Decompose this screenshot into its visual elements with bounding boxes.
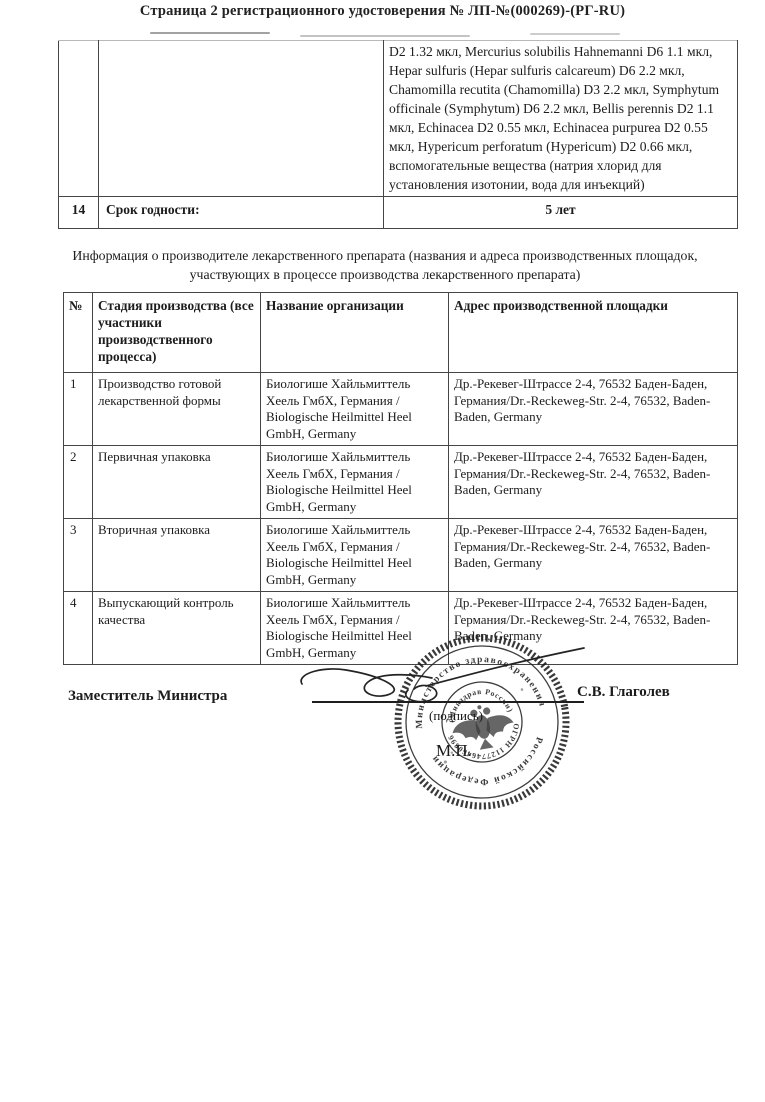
col-header-address: Адрес производственной площадки: [449, 293, 738, 373]
col-header-org: Название организации: [261, 293, 449, 373]
stage-cell: Первичная упаковка: [93, 446, 261, 519]
row-number: 2: [64, 446, 93, 519]
signature-caption: (подпись): [429, 708, 483, 724]
signature-stroke: [301, 669, 432, 696]
row-number: 1: [64, 373, 93, 446]
scan-artifact: [300, 35, 470, 37]
manufacturer-info-paragraph: Информация о производителе лекарственног…: [40, 247, 730, 284]
org-cell: Биологише Хайльмиттель Хеель ГмбХ, Герма…: [261, 519, 449, 592]
signer-position-title: Заместитель Министра: [68, 688, 227, 705]
table-row: 2 Первичная упаковка Биологише Хайльмитт…: [64, 446, 738, 519]
address-cell: Др.-Рекевег-Штрассе 2-4, 76532 Баден-Бад…: [449, 446, 738, 519]
scanned-document-page: Страница 2 регистрационного удостоверени…: [0, 0, 765, 1102]
signature-line: [312, 701, 584, 703]
empty-cell: [99, 41, 384, 197]
row-number: 3: [64, 519, 93, 592]
address-cell: Др.-Рекевег-Штрассе 2-4, 76532 Баден-Бад…: [449, 373, 738, 446]
col-header-stage: Стадия производства (все участники произ…: [93, 293, 261, 373]
composition-continued-text: D2 1.32 мкл, Mercurius solubilis Hahnema…: [384, 41, 738, 197]
seal-place-caption: М.П.: [436, 741, 472, 761]
shelf-life-label: Срок годности:: [99, 197, 384, 229]
page-header: Страница 2 регистрационного удостоверени…: [0, 3, 765, 20]
stage-cell: Производство готовой лекарственной формы: [93, 373, 261, 446]
stage-cell: Выпускающий контроль качества: [93, 592, 261, 665]
manufacturer-table: № Стадия производства (все участники про…: [63, 292, 738, 665]
signer-name: С.В. Глаголев: [577, 684, 670, 701]
row-number: 4: [64, 592, 93, 665]
org-cell: Биологише Хайльмиттель Хеель ГмбХ, Герма…: [261, 373, 449, 446]
registration-table-continuation: D2 1.32 мкл, Mercurius solubilis Hahnema…: [58, 40, 738, 229]
table-header-row: № Стадия производства (все участники про…: [64, 293, 738, 373]
shelf-life-value: 5 лет: [384, 197, 738, 229]
handwritten-signature: [296, 632, 596, 717]
scan-artifact: [150, 32, 270, 34]
signature-stroke: [406, 685, 437, 701]
col-header-num: №: [64, 293, 93, 373]
table-row: 1 Производство готовой лекарственной фор…: [64, 373, 738, 446]
address-cell: Др.-Рекевег-Штрассе 2-4, 76532 Баден-Бад…: [449, 519, 738, 592]
table-row: 3 Вторичная упаковка Биологише Хайльмитт…: [64, 519, 738, 592]
row14-number: 14: [59, 197, 99, 229]
scan-artifact: [530, 33, 620, 35]
stage-cell: Вторичная упаковка: [93, 519, 261, 592]
empty-cell: [59, 41, 99, 197]
signature-stroke: [426, 648, 584, 686]
org-cell: Биологише Хайльмиттель Хеель ГмбХ, Герма…: [261, 446, 449, 519]
